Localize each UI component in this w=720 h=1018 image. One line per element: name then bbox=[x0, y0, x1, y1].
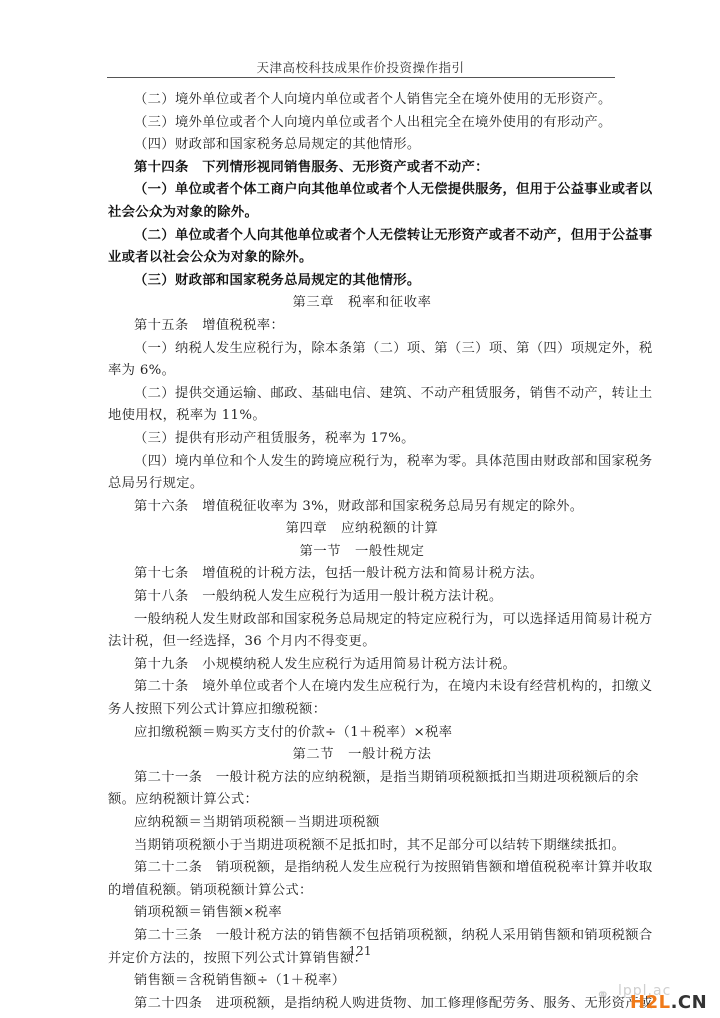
section-heading: 第三章 税率和征收率 bbox=[108, 292, 616, 315]
text-line: 应纳税额＝当期销项税额－当期进项税额 bbox=[108, 812, 616, 835]
document-page: 天津高校科技成果作价投资操作指引 （二）境外单位或者个人向境内单位或者个人销售完… bbox=[0, 0, 720, 1018]
text-line: 一般纳税人发生财政部和国家税务总局规定的特定应税行为，可以选择适用简易计税方 bbox=[108, 609, 616, 632]
running-header-title: 天津高校科技成果作价投资操作指引 bbox=[107, 58, 614, 76]
section-heading: 第四章 应纳税额的计算 bbox=[108, 518, 616, 541]
text-line: 第二十一条 一般计税方法的应纳税额，是指当期销项税额抵扣当期进项税额后的余 bbox=[108, 767, 616, 790]
text-line: （三）财政部和国家税务总局规定的其他情形。 bbox=[108, 270, 616, 293]
text-line: （一）单位或者个体工商户向其他单位或者个人无偿提供服务，但用于公益事业或者以 bbox=[108, 179, 616, 202]
text-line: 第十八条 一般纳税人发生应税行为适用一般计税方法计税。 bbox=[108, 586, 616, 609]
text-line: （四）境内单位和个人发生的跨境应税行为，税率为零。具体范围由财政部和国家税务 bbox=[108, 451, 616, 474]
text-line: 率为 6%。 bbox=[108, 360, 616, 383]
wechat-icon: ⚭ bbox=[596, 985, 609, 1004]
text-line: 第二十条 境外单位或者个人在境内发生应税行为，在境内未设有经营机构的，扣缴义 bbox=[108, 676, 616, 699]
page-number: 121 bbox=[0, 944, 720, 958]
section-heading: 第二节 一般计税方法 bbox=[108, 744, 616, 767]
text-line: 第二十二条 销项税额，是指纳税人发生应税行为按照销售额和增值税税率计算并收取 bbox=[108, 857, 616, 880]
text-line: 第十九条 小规模纳税人发生应税行为适用简易计税方法计税。 bbox=[108, 654, 616, 677]
text-line: 的增值税额。销项税额计算公式： bbox=[108, 880, 616, 903]
text-line: （二）提供交通运输、邮政、基础电信、建筑、不动产租赁服务，销售不动产，转让土 bbox=[108, 383, 616, 406]
document-body: （二）境外单位或者个人向境内单位或者个人销售完全在境外使用的无形资产。（三）境外… bbox=[108, 89, 616, 1015]
site-watermark: ⚭ lppl.ac H2L.CN bbox=[596, 983, 716, 1013]
header-rule bbox=[107, 77, 615, 78]
text-line: （三）境外单位或者个人向境内单位或者个人出租完全在境外使用的有形动产。 bbox=[108, 112, 616, 135]
text-line: （二）境外单位或者个人向境内单位或者个人销售完全在境外使用的无形资产。 bbox=[108, 89, 616, 112]
text-line: （四）财政部和国家税务总局规定的其他情形。 bbox=[108, 134, 616, 157]
watermark-logo-suffix: .CN bbox=[671, 992, 708, 1013]
text-line: 业或者以社会公众为对象的除外。 bbox=[108, 247, 616, 270]
text-line: 第十七条 增值税的计税方法，包括一般计税方法和简易计税方法。 bbox=[108, 563, 616, 586]
text-line: （一）纳税人发生应税行为，除本条第（二）项、第（三）项、第（四）项规定外，税 bbox=[108, 338, 616, 361]
text-line: 第十六条 增值税征收率为 3%，财政部和国家税务总局另有规定的除外。 bbox=[108, 496, 616, 519]
text-line: 销项税额＝销售额×税率 bbox=[108, 902, 616, 925]
text-line: 总局另行规定。 bbox=[108, 473, 616, 496]
text-line: 额。应纳税额计算公式： bbox=[108, 789, 616, 812]
watermark-logo: H2L.CN bbox=[630, 992, 707, 1013]
section-heading: 第一节 一般性规定 bbox=[108, 541, 616, 564]
text-line: 第二十四条 进项税额，是指纳税人购进货物、加工修理修配劳务、服务、无形资产或 bbox=[108, 993, 616, 1016]
watermark-logo-main: H2L bbox=[630, 992, 671, 1013]
text-line: 当期销项税额小于当期进项税额不足抵扣时，其不足部分可以结转下期继续抵扣。 bbox=[108, 835, 616, 858]
text-line: 务人按照下列公式计算应扣缴税额： bbox=[108, 699, 616, 722]
text-line: 销售额＝含税销售额÷（1＋税率） bbox=[108, 970, 616, 993]
text-line: （三）提供有形动产租赁服务，税率为 17%。 bbox=[108, 428, 616, 451]
text-line: 第十五条 增值税税率： bbox=[108, 315, 616, 338]
text-line: 地使用权，税率为 11%。 bbox=[108, 405, 616, 428]
text-line: 第十四条 下列情形视同销售服务、无形资产或者不动产： bbox=[108, 157, 616, 180]
text-line: 社会公众为对象的除外。 bbox=[108, 202, 616, 225]
text-line: 应扣缴税额＝购买方支付的价款÷（1＋税率）×税率 bbox=[108, 722, 616, 745]
text-line: 法计税，但一经选择，36 个月内不得变更。 bbox=[108, 631, 616, 654]
text-line: （二）单位或者个人向其他单位或者个人无偿转让无形资产或者不动产，但用于公益事 bbox=[108, 225, 616, 248]
